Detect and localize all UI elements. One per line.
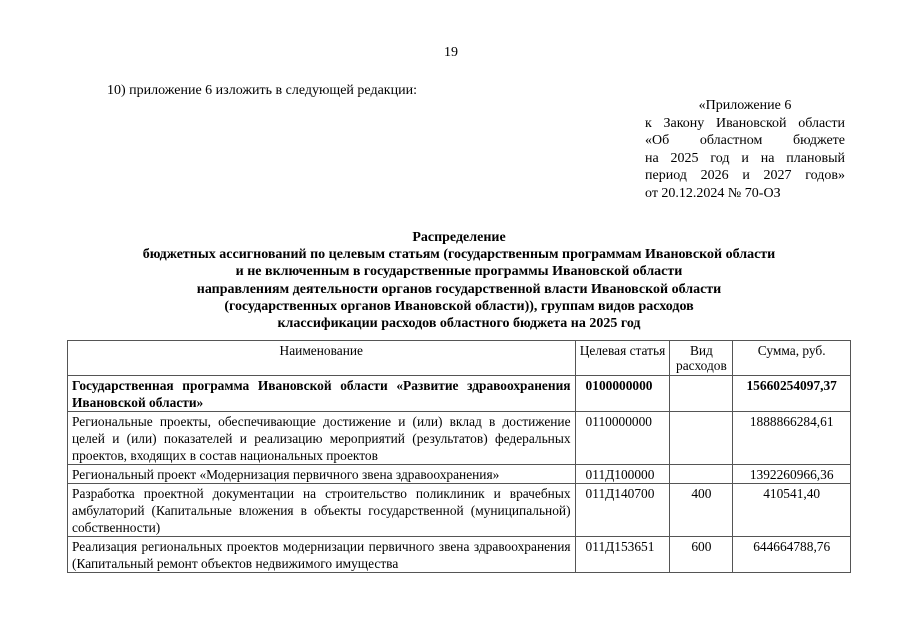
cell-sum: 1392260966,36 — [733, 465, 851, 484]
table-row: Разработка проектной документации на стр… — [68, 484, 851, 537]
title-line: направлениям деятельности органов госуда… — [67, 281, 851, 298]
appendix-line: «Приложение 6 — [645, 97, 845, 115]
header-sum: Сумма, руб. — [733, 341, 851, 376]
appendix-line: на 2025 год и на плановый — [645, 150, 845, 168]
cell-sum: 410541,40 — [733, 484, 851, 537]
header-name: Наименование — [68, 341, 576, 376]
table-row: Региональные проекты, обеспечивающие дос… — [68, 412, 851, 465]
intro-text: 10) приложение 6 изложить в следующей ре… — [107, 82, 417, 99]
cell-code: 0110000000 — [575, 412, 670, 465]
appendix-line: период 2026 и 2027 годов» — [645, 167, 845, 185]
title-line: и не включенным в государственные програ… — [67, 263, 851, 280]
appendix-line: «Об областном бюджете — [645, 132, 845, 150]
cell-vid — [670, 412, 733, 465]
cell-code: 011Д140700 — [575, 484, 670, 537]
table-row: Реализация региональных проектов модерни… — [68, 537, 851, 573]
cell-code: 011Д100000 — [575, 465, 670, 484]
cell-name: Разработка проектной документации на стр… — [68, 484, 576, 537]
title-line: Распределение — [67, 229, 851, 246]
document-title: Распределение бюджетных ассигнований по … — [67, 229, 851, 332]
cell-sum: 1888866284,61 — [733, 412, 851, 465]
cell-sum: 15660254097,37 — [733, 376, 851, 412]
cell-name: Региональные проекты, обеспечивающие дос… — [68, 412, 576, 465]
cell-vid — [670, 376, 733, 412]
header-vid: Вид расходов — [670, 341, 733, 376]
cell-name: Государственная программа Ивановской обл… — [68, 376, 576, 412]
title-line: (государственных органов Ивановской обла… — [67, 298, 851, 315]
cell-name: Региональный проект «Модернизация первич… — [68, 465, 576, 484]
table-row: Региональный проект «Модернизация первич… — [68, 465, 851, 484]
cell-sum: 644664788,76 — [733, 537, 851, 573]
cell-name: Реализация региональных проектов модерни… — [68, 537, 576, 573]
cell-vid: 600 — [670, 537, 733, 573]
cell-vid: 400 — [670, 484, 733, 537]
table-row: Государственная программа Ивановской обл… — [68, 376, 851, 412]
title-line: классификации расходов областного бюджет… — [67, 315, 851, 332]
cell-code: 0100000000 — [575, 376, 670, 412]
budget-table: Наименование Целевая статья Вид расходов… — [67, 340, 851, 573]
cell-vid — [670, 465, 733, 484]
table-header-row: Наименование Целевая статья Вид расходов… — [68, 341, 851, 376]
header-code: Целевая статья — [575, 341, 670, 376]
page-number: 19 — [444, 44, 458, 61]
cell-code: 011Д153651 — [575, 537, 670, 573]
appendix-line: от 20.12.2024 № 70-ОЗ — [645, 185, 845, 203]
title-line: бюджетных ассигнований по целевым статья… — [67, 246, 851, 263]
appendix-note: «Приложение 6 к Закону Ивановской област… — [645, 97, 845, 202]
appendix-line: к Закону Ивановской области — [645, 115, 845, 133]
